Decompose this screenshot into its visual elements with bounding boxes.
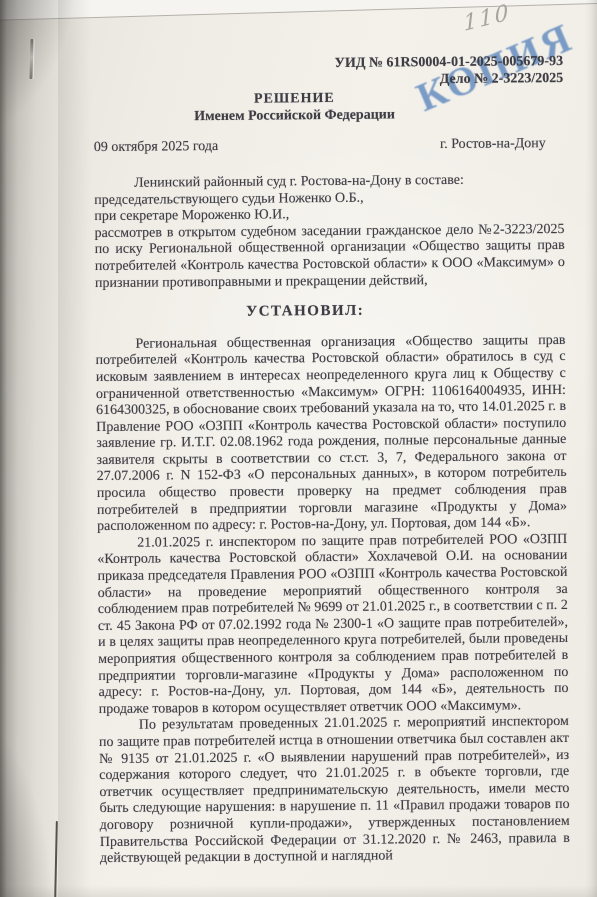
body-paragraph-2: 21.01.2025 г. инспектором по защите прав… <box>97 532 569 719</box>
staple-icon <box>29 39 33 79</box>
scanned-document-page: 110 КОПИЯ УИД № 61RS0004-01-2025-005679-… <box>0 0 597 897</box>
case-number: Дело № 2-3223/2025 <box>93 71 563 92</box>
page-stack-edge <box>54 821 58 897</box>
case-review-paragraph: рассмотрев в открытом судебном заседании… <box>94 222 565 292</box>
decision-city: г. Ростов-на-Дону <box>440 136 564 154</box>
page-fold-shadow <box>58 0 92 897</box>
body-paragraph-1: Региональная общественная организация «О… <box>95 333 567 536</box>
intro-block: Ленинский районный суд г. Ростова-на-Дон… <box>94 172 565 292</box>
decision-date: 09 октября 2025 года <box>94 139 219 157</box>
document-body: УИД № 61RS0004-01-2025-005679-93 Дело № … <box>93 54 570 868</box>
body-paragraph-3: По результатам проведенных 21.01.2025 г.… <box>99 714 570 867</box>
dateline: 09 октября 2025 года г. Ростов-на-Дону <box>94 136 564 157</box>
established-heading: УСТАНОВИЛ: <box>95 302 515 322</box>
decision-subtitle: Именем Российской Федерации <box>93 106 495 126</box>
